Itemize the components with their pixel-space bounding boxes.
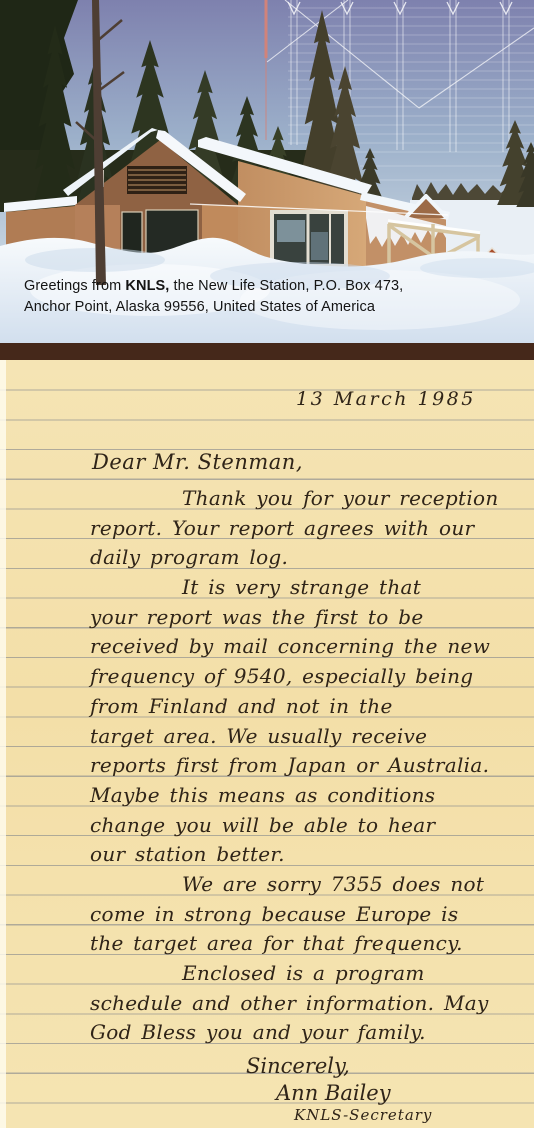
postcard-caption: Greetings from KNLS, the New Life Statio… [24, 276, 403, 317]
letter-line: God Bless you and your family. [90, 1018, 526, 1048]
scanned-qsl-letter-page: Greetings from KNLS, the New Life Statio… [0, 0, 534, 1128]
letter-line: received by mail concerning the new [90, 632, 526, 662]
letter-line: schedule and other information. May [90, 989, 526, 1019]
letter-line: change you will be able to hear [90, 811, 526, 841]
letter-line: target area. We usually receive [90, 722, 526, 752]
letter-line: reports first from Japan or Australia. [90, 751, 526, 781]
station-callsign: KNLS, [125, 278, 169, 294]
letter-salutation: Dear Mr. Stenman, [92, 450, 303, 474]
letter-signature-title: KNLS-Secretary [294, 1106, 432, 1124]
letter-line: frequency of 9540, especially being [90, 662, 526, 692]
letter-body: Thank you for your receptionreport. Your… [90, 484, 526, 1048]
letter-line: the target area for that frequency. [90, 929, 526, 959]
letter-line: daily program log. [90, 543, 526, 573]
letter-date: 13 March 1985 [296, 388, 476, 410]
letter-line: report. Your report agrees with our [90, 514, 526, 544]
letter-line: come in strong because Europe is [90, 900, 526, 930]
paper-edge [0, 360, 6, 1128]
caption-line-2: Anchor Point, Alaska 99556, United State… [24, 297, 403, 318]
letter-line: your report was the first to be [90, 603, 526, 633]
postcard-letter-divider [0, 343, 534, 360]
letter-signature: Ann Bailey [276, 1081, 391, 1105]
letter-line: It is very strange that [90, 573, 526, 603]
letter-line: Enclosed is a program [90, 959, 526, 989]
letter-line: Thank you for your reception [90, 484, 526, 514]
postcard-photo: Greetings from KNLS, the New Life Statio… [0, 0, 534, 343]
handwritten-letter: 13 March 1985 Dear Mr. Stenman, Thank yo… [0, 360, 534, 1128]
letter-line: from Finland and not in the [90, 692, 526, 722]
letter-closing: Sincerely, [246, 1054, 350, 1078]
caption-line-1: Greetings from KNLS, the New Life Statio… [24, 276, 403, 297]
letter-line: Maybe this means as conditions [90, 781, 526, 811]
letter-line: We are sorry 7355 does not [90, 870, 526, 900]
louver-vent [127, 166, 187, 194]
letter-line: our station better. [90, 840, 526, 870]
